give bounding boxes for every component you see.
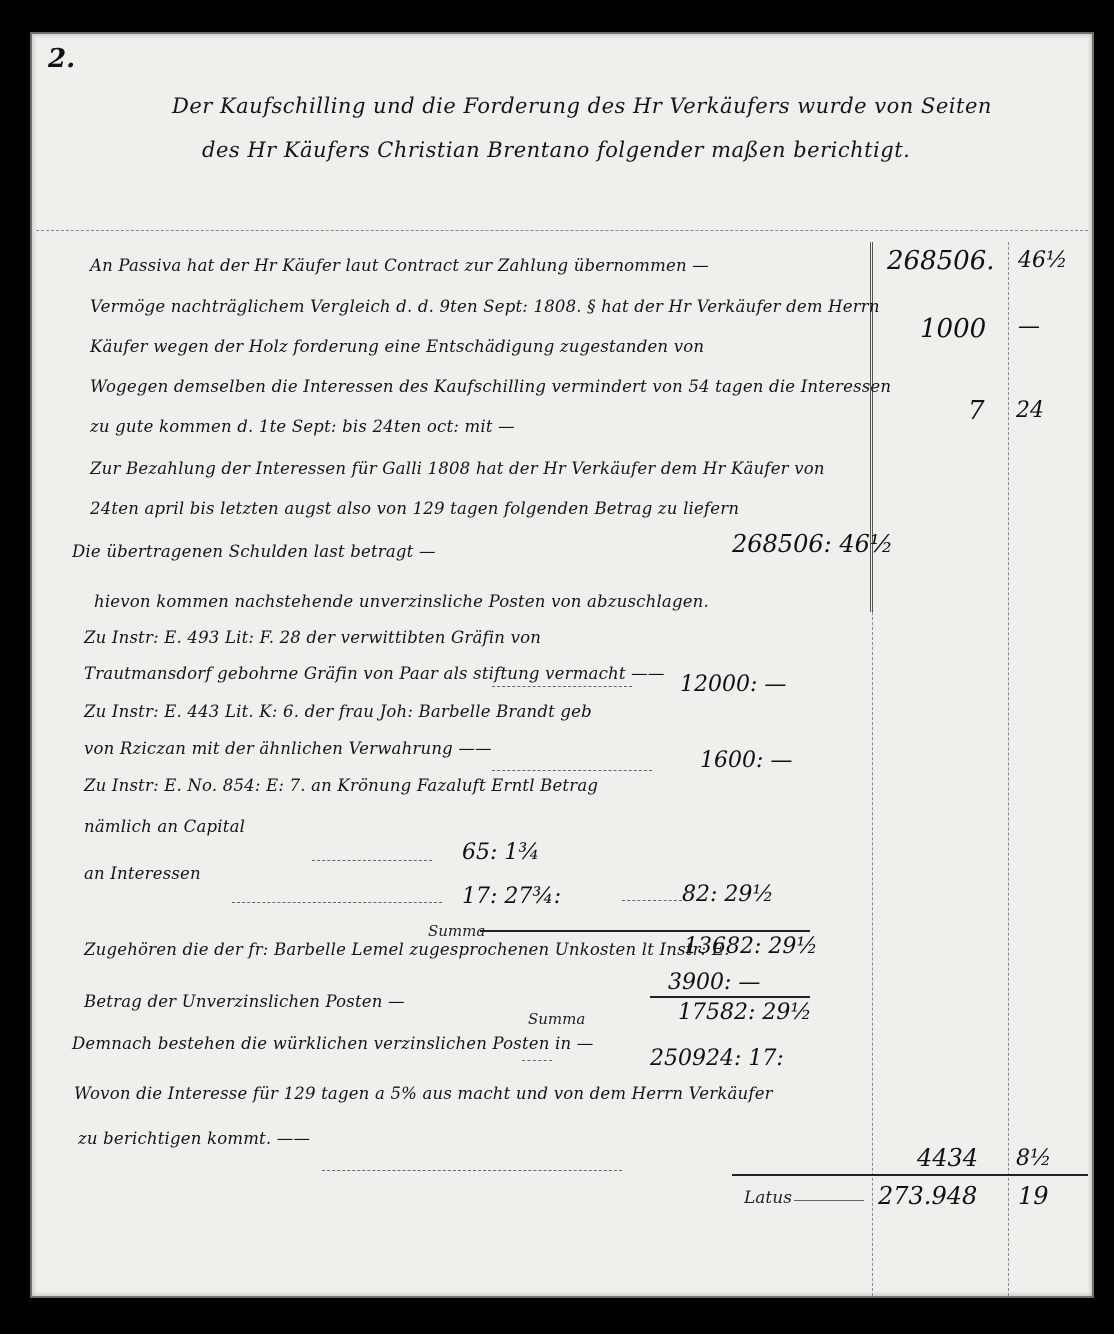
dash-leader [322,1170,622,1171]
amount-instr-854-total: 82: 29½ [682,882,774,907]
dash-leader [232,902,442,903]
dash-leader [522,1060,552,1061]
ledger-line: Die übertragenen Schulden last betragt — [72,542,436,561]
amount-latus-gulden: 273.948 [878,1182,977,1210]
ledger-line: 24ten april bis letzten augst also von 1… [90,499,739,518]
summa-label-2: Summa [528,1010,585,1028]
ledger-line: Wogegen demselben die Interessen des Kau… [90,377,891,396]
amount-capital: 65: 1¾ [462,840,540,865]
ledger-line: An Passiva hat der Hr Käufer laut Contra… [90,256,709,275]
sum-rule-1 [480,930,810,932]
dash-leader [492,770,652,771]
header-line-1: Der Kaufschilling und die Forderung des … [172,84,1032,128]
ledger-line: hievon kommen nachstehende unverzinslich… [94,592,709,611]
amount-interessen-kreuzer: 24 [1016,398,1044,423]
column-divider-gulden-lower [872,612,873,1296]
ledger-line: von Rziczan mit der ähnlichen Verwahrung… [84,739,492,758]
ledger-line: Zugehören die der fr: Barbelle Lemel zug… [84,940,730,959]
amount-interesse-129-kreuzer: 8½ [1016,1146,1051,1171]
ledger-line: Wovon die Interesse für 129 tagen a 5% a… [74,1084,773,1103]
column-divider-kreuzer [1008,242,1009,1296]
ledger-line: Zu Instr: E. 443 Lit. K: 6. der frau Joh… [84,702,592,721]
amount-passiva-gulden: 268506. [887,246,995,276]
amount-uebertragene-schulden: 268506: 46½ [732,530,893,558]
summa-label-1: Summa [428,922,485,940]
amount-summa-1: 13682: 29½ [684,934,818,959]
amount-summa-2: 17582: 29½ [678,1000,812,1025]
amount-interesse-129-gulden: 4434 [917,1144,978,1172]
amount-latus-kreuzer: 19 [1018,1182,1049,1210]
amount-passiva-kreuzer: 46½ [1018,248,1067,273]
header-divider [36,230,1088,231]
latus-label: Latus [744,1188,792,1208]
dash-leader [492,686,632,687]
amount-trautmansdorf: 12000: — [680,672,786,697]
ledger-line: Zur Bezahlung der Interessen für Galli 1… [90,459,825,478]
ledger-line: Vermöge nachträglichem Vergleich d. d. 9… [90,297,880,316]
ledger-page: 2. Der Kaufschilling und die Forderung d… [30,32,1094,1298]
ledger-line: Trautmansdorf gebohrne Gräfin von Paar a… [84,664,665,683]
ledger-line: an Interessen [84,864,201,883]
amount-interessen-854: 17: 27¾: [462,884,561,909]
ledger-line: Käufer wegen der Holz forderung eine Ent… [90,337,704,356]
ledger-line: Demnach bestehen die würklichen verzinsl… [72,1034,593,1053]
ledger-line: nämlich an Capital [84,817,245,836]
header-line-2: des Hr Käufers Christian Brentano folgen… [172,128,1032,172]
amount-interessen-gulden: 7 [968,396,985,426]
amount-lemel: 3900: — [668,970,760,995]
dash-leader [794,1200,864,1201]
ledger-line: Zu Instr: E. 493 Lit: F. 28 der verwitti… [84,628,541,647]
header-paragraph: Der Kaufschilling und die Forderung des … [172,84,1032,172]
latus-rule [732,1174,1088,1176]
ledger-line: zu gute kommen d. 1te Sept: bis 24ten oc… [90,417,515,436]
ledger-line: Betrag der Unverzinslichen Posten — [84,992,405,1011]
amount-holz-kreuzer: — [1018,314,1040,339]
sum-rule-2 [650,996,810,998]
amount-brandt: 1600: — [700,748,792,773]
ledger-line: Zu Instr: E. No. 854: E: 7. an Krönung F… [84,776,598,795]
ledger-line: zu berichtigen kommt. —— [78,1129,310,1148]
dash-leader [622,900,682,901]
amount-verzinsliche-posten: 250924: 17: [650,1046,784,1071]
dash-leader [312,860,432,861]
amount-holz-gulden: 1000 [920,314,986,344]
page-number: 2. [48,44,75,74]
